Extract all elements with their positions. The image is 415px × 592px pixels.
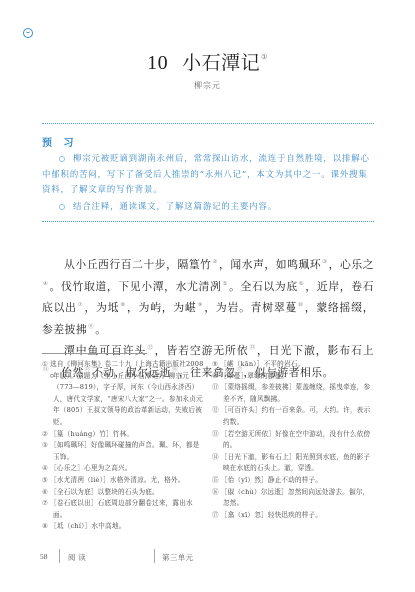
footer-divider (154, 549, 155, 563)
footnote-item: ⑧［坻（chí）］水中高地。 (42, 521, 204, 533)
footnote-reference[interactable]: ⑧ (120, 302, 126, 308)
footnote-reference[interactable]: ⑪ (88, 324, 94, 330)
author-name: 柳宗元 (0, 80, 415, 91)
footnote-item: ①选自《柳河东集》卷二十九（上海古籍出版社2008年版）。原题为《至小丘西小石潭… (42, 359, 204, 429)
footnote-mark: ⑤ (42, 476, 48, 484)
footnote-item: ⑯［俶（chù）尔远逝］忽然间向远处游去。俶尔，忽然。 (212, 487, 374, 510)
circle-bullet-icon (59, 156, 65, 162)
preview-item-1: 柳宗元被贬谪到湖南永州后，常常探山访水，流连于自然胜境，以排解心中郁积的苦闷，写… (42, 151, 374, 198)
body-text: ，为岩。青树翠蔓 (204, 301, 297, 314)
footnote-mark: ⑥ (42, 488, 48, 496)
footnote-item: ⑤［水尤清冽（liè）］水格外清凉。尤，格外。 (42, 475, 204, 487)
footnote-text: ［可百许头］约有一百来条。可，大约。许，表示约数。 (221, 406, 370, 426)
footnote-mark: ③ (42, 441, 48, 449)
footnote-text: ［卷石底以出］石底周边部分翻卷过来，露出水面。 (50, 499, 193, 519)
footnote-reference[interactable]: ⑨ (198, 302, 204, 308)
preview-bottom-divider (42, 221, 374, 222)
footnote-text: ［俶（chù）尔远逝］忽然间向远处游去。俶尔，忽然。 (221, 488, 370, 508)
footnote-text: ［坻（chí）］水中高地。 (50, 522, 125, 530)
footer-section: 阅读 (68, 552, 89, 563)
footnote-item: ⑰［翕（xī）忽］轻快迅疾的样子。 (212, 510, 374, 522)
preview-item-text: 结合注释，通读课文，了解这篇游记的主要内容。 (73, 201, 277, 211)
footnote-item: ⑩［翠蔓］翠绿的藤蔓。 (212, 371, 374, 383)
body-text: ，闻水声，如鸣珮环 (219, 258, 321, 271)
footnote-reference[interactable]: ⑬ (250, 345, 256, 351)
footnote-item: ⑪［蒙络摇缀，参差披拂］蒙盖缠绕，摇曳牵连，参差不齐，随风飘拂。 (212, 382, 374, 405)
footnote-text: ［日光下澈，影布石上］阳光照到水底，鱼的影子映在水底的石头上。澈，穿透。 (221, 453, 370, 473)
footnote-text: ［嵁（kān）］不平的岩石。 (220, 360, 304, 368)
footnote-mark: ⑬ (212, 430, 219, 438)
footnote-mark: ⑮ (212, 476, 219, 484)
footnote-item: ⑥［全石以为底］以整块的石头为底。 (42, 487, 204, 499)
footnote-text: ［如鸣珮环］好像珮环碰撞的声音。珮、环，都是玉饰。 (50, 441, 199, 461)
smiley-face-icon (23, 28, 33, 38)
footnotes-left-column: ①选自《柳河东集》卷二十九（上海古籍出版社2008年版）。原题为《至小丘西小石潭… (42, 359, 204, 533)
lesson-title: 10小石潭记① (0, 48, 415, 75)
footnote-text: ［全石以为底］以整块的石头为底。 (50, 488, 159, 496)
footnote-mark: ⑦ (42, 499, 48, 507)
footnote-mark: ⑯ (212, 488, 219, 496)
footnote-text: ［蒙络摇缀，参差披拂］蒙盖缠绕，摇曳牵连，参差不齐，随风飘拂。 (221, 383, 370, 403)
footnote-mark: ⑪ (212, 383, 219, 391)
body-text: 。伐竹取道，下见小潭，水尤清冽 (50, 280, 222, 293)
footnote-text: ［篁（huáng）竹］竹林。 (50, 430, 133, 438)
footnote-text: ［水尤清冽（liè）］水格外清凉。尤，格外。 (50, 476, 185, 484)
footnote-item: ⑫［可百许头］约有一百来条。可，大约。许，表示约数。 (212, 405, 374, 428)
body-text: ，为坻 (85, 301, 120, 314)
footnote-mark: ④ (42, 464, 48, 472)
footnote-reference[interactable]: ③ (322, 259, 327, 265)
body-paragraph: 从小丘西行百二十步，隔篁竹②，闻水声，如鸣珮环③，心乐之④。伐竹取道，下见小潭，… (42, 253, 374, 339)
footnote-item: ⑬［若空游无所依］好像在空中游动，没有什么依傍的。 (212, 429, 374, 452)
footnote-mark: ⑭ (212, 453, 219, 461)
footnote-text: 选自《柳河东集》卷二十九（上海古籍出版社2008年版）。原题为《至小丘西小石潭记… (50, 360, 203, 426)
footnote-mark: ⑩ (212, 372, 218, 380)
body-text: ，心乐之 (329, 258, 374, 271)
footnote-reference[interactable]: ④ (43, 281, 49, 287)
footnote-text: ［佁（yǐ）然］静止不动的样子。 (221, 476, 322, 484)
title-footnote-mark[interactable]: ① (261, 53, 268, 61)
footnote-mark: ⑧ (42, 522, 48, 530)
body-text: 。全石以为底 (229, 280, 298, 293)
preview-item-text: 柳宗元被贬谪到湖南永州后，常常探山访水，流连于自然胜境，以排解心中郁积的苦闷，写… (42, 153, 370, 194)
body-text: 。 (95, 323, 106, 336)
page-footer: 58 阅读 第三单元 (0, 552, 415, 566)
footnote-mark: ① (42, 360, 48, 368)
footnote-reference[interactable]: ⑥ (299, 281, 305, 287)
footnotes-right-column: ⑨［嵁（kān）］不平的岩石。⑩［翠蔓］翠绿的藤蔓。⑪［蒙络摇缀，参差披拂］蒙盖… (212, 359, 374, 521)
preview-top-divider (42, 123, 374, 124)
footnote-text: ［心乐之］心里为之高兴。 (50, 464, 132, 472)
footnote-text: ［翕（xī）忽］轻快迅疾的样子。 (221, 511, 322, 519)
footnote-divider (42, 353, 147, 354)
footnote-mark: ⑰ (212, 511, 219, 519)
footnote-item: ②［篁（huáng）竹］竹林。 (42, 429, 204, 441)
footnote-item: ③［如鸣珮环］好像珮环碰撞的声音。珮、环，都是玉饰。 (42, 440, 204, 463)
lesson-number: 10 (147, 52, 168, 74)
page-number: 58 (40, 552, 47, 561)
footnote-reference[interactable]: ⑩ (298, 302, 304, 308)
footnote-reference[interactable]: ⑫ (147, 345, 153, 351)
body-text: ，日光下澈，影布石上 (257, 344, 374, 357)
body-text: ，为屿，为嵁 (127, 301, 197, 314)
footnote-mark: ② (42, 430, 48, 438)
footnote-item: ⑭［日光下澈，影布石上］阳光照到水底，鱼的影子映在水底的石头上。澈，穿透。 (212, 452, 374, 475)
footnote-item: ④［心乐之］心里为之高兴。 (42, 463, 204, 475)
preview-item-2: 结合注释，通读课文，了解这篇游记的主要内容。 (42, 199, 374, 215)
lesson-title-text: 小石潭记 (182, 52, 260, 74)
preview-heading: 预 习 (42, 134, 77, 149)
footnote-text: ［翠蔓］翠绿的藤蔓。 (220, 372, 288, 380)
footnote-text: ［若空游无所依］好像在空中游动，没有什么依傍的。 (221, 430, 370, 450)
circle-bullet-icon (59, 204, 65, 210)
body-text: 从小丘西行百二十步，隔篁竹 (64, 258, 212, 271)
body-text: ，皆若空游无所依 (155, 344, 249, 357)
footer-divider (59, 549, 60, 563)
footnote-item: ⑦［卷石底以出］石底周边部分翻卷过来，露出水面。 (42, 498, 204, 521)
footnote-mark: ⑨ (212, 360, 218, 368)
footnote-item: ⑮［佁（yǐ）然］静止不动的样子。 (212, 475, 374, 487)
body-text: 潭中鱼可百许头 (64, 344, 146, 357)
footnote-mark: ⑫ (212, 406, 219, 414)
footnote-item: ⑨［嵁（kān）］不平的岩石。 (212, 359, 374, 371)
footnote-reference[interactable]: ⑦ (78, 302, 84, 308)
footnote-reference[interactable]: ② (213, 259, 218, 265)
footer-unit: 第三单元 (162, 552, 194, 563)
footnote-reference[interactable]: ⑤ (222, 281, 228, 287)
